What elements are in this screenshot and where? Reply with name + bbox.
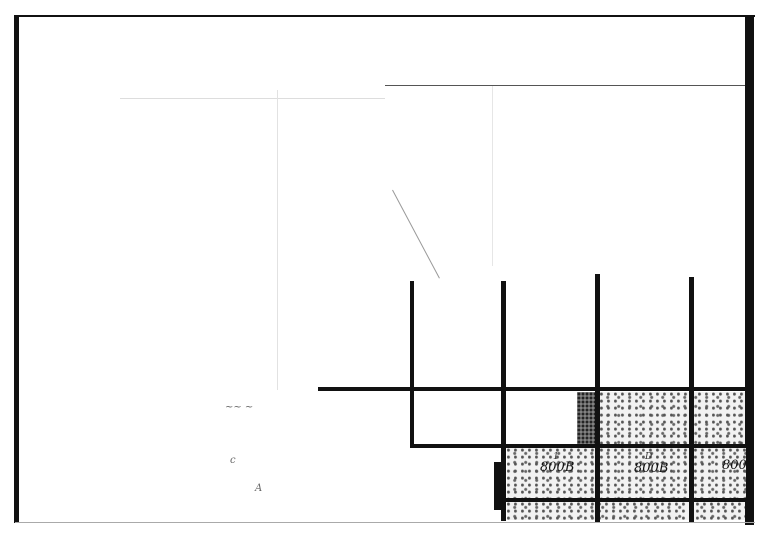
margin-note: ~~ ~	[225, 402, 253, 413]
panel-3	[694, 448, 746, 498]
vertical-bar	[689, 277, 694, 522]
construction-line	[120, 98, 385, 99]
construction-line	[277, 90, 278, 390]
panel	[600, 392, 745, 444]
margin-note: A	[255, 483, 262, 494]
vertical-bar	[595, 274, 600, 522]
vertical-bar	[410, 281, 414, 448]
drawing-sheet: 1 800B D 800B 800 ~~ ~ c A	[0, 0, 768, 541]
border-top	[15, 15, 755, 17]
panel-label: 800B	[634, 461, 668, 476]
panel-bottom	[507, 502, 745, 520]
border-left	[14, 15, 19, 523]
edge-block	[494, 462, 503, 510]
diagonal-line	[392, 190, 440, 279]
horizontal-bar	[318, 387, 748, 391]
panel-label: 800B	[540, 460, 574, 475]
shaded-block	[577, 392, 597, 444]
margin-note: c	[230, 455, 236, 466]
border-bottom	[15, 522, 755, 523]
construction-line	[385, 85, 745, 86]
border-right	[745, 15, 754, 525]
panel-label: 800	[722, 458, 747, 473]
construction-line	[492, 86, 493, 266]
